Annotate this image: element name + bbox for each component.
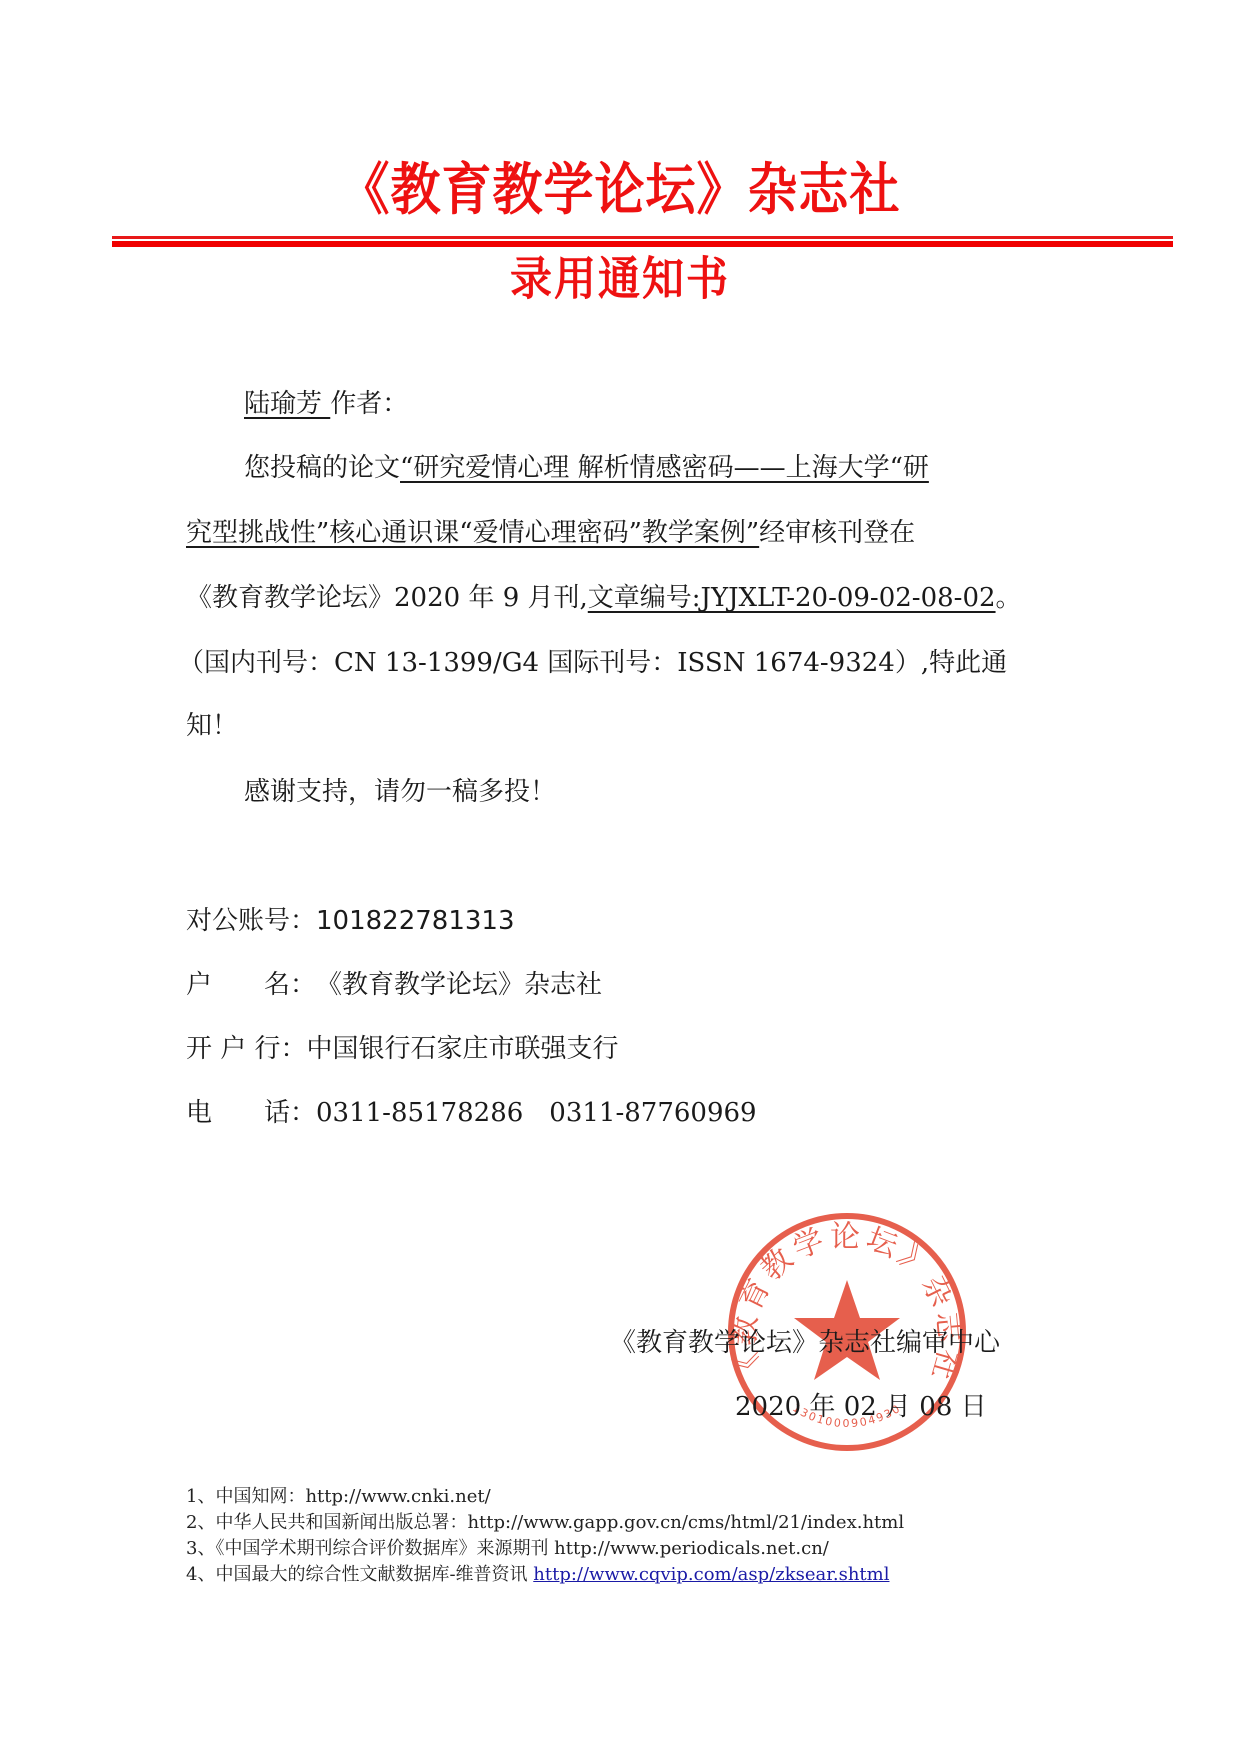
para1-line2: 究型挑战性”核心通识课“爱情心理密码”教学案例”经审核刊登在	[186, 515, 915, 551]
cqvip-link[interactable]: http://www.cqvip.com/asp/zksear.shtml	[533, 1564, 889, 1585]
name-value: 《教育教学论坛》杂志社	[316, 970, 602, 1000]
paper-title: “研究爱情心理 解析情感密码——上海大学“研	[400, 453, 929, 483]
journal-numbers: （国内刊号：CN 13-1399/G4 国际刊号：ISSN 1674-9324）…	[178, 645, 1007, 681]
account-value: 101822781313	[316, 906, 515, 936]
header-rule-thin	[112, 236, 1173, 239]
header-rule-thick	[112, 241, 1173, 247]
phone-row: 电 话：0311-85178286 0311-87760969	[186, 1095, 757, 1131]
para1-text: 。	[996, 583, 1022, 613]
bank-label: 开 户 行：	[186, 1031, 307, 1067]
article-number: 文章编号:JYJXLT-20-09-02-08-02	[588, 583, 996, 613]
phone-label: 电 话：	[186, 1095, 316, 1131]
notice-title: 录用通知书	[0, 252, 1240, 307]
footnote-label: 2、中华人民共和国新闻出版总署：	[186, 1512, 467, 1533]
account-number-row: 对公账号：101822781313	[186, 903, 515, 939]
issue-info: 《教育教学论坛》2020 年 9 月刊,	[186, 583, 588, 613]
phone-value: 0311-85178286 0311-87760969	[316, 1098, 757, 1128]
para1-line3: 《教育教学论坛》2020 年 9 月刊,文章编号:JYJXLT-20-09-02…	[186, 580, 1022, 616]
footnote-url: http://www.cnki.net/	[305, 1486, 490, 1507]
para1-text: 您投稿的论文	[244, 453, 400, 483]
paper-title-cont: 究型挑战性”核心通识课“爱情心理密码”教学案例”	[186, 518, 759, 548]
bank-value: 中国银行石家庄市联强支行	[307, 1034, 619, 1064]
recipient-suffix: 作者：	[330, 389, 408, 419]
account-name-row: 户 名：《教育教学论坛》杂志社	[186, 967, 602, 1003]
footnote-label: 1、中国知网：	[186, 1486, 305, 1507]
footnote-url: http://www.periodicals.net.cn/	[554, 1538, 829, 1559]
account-label: 对公账号：	[186, 903, 316, 939]
footnote-label: 4、中国最大的综合性文献数据库-维普资讯	[186, 1564, 533, 1585]
footnote-1: 1、中国知网：http://www.cnki.net/	[186, 1485, 491, 1509]
name-label: 户 名：	[186, 967, 316, 1003]
para1-line1: 您投稿的论文“研究爱情心理 解析情感密码——上海大学“研	[244, 450, 929, 486]
thanks-line: 感谢支持，请勿一稿多投！	[244, 774, 556, 810]
footnote-4: 4、中国最大的综合性文献数据库-维普资讯 http://www.cqvip.co…	[186, 1563, 889, 1587]
footnote-label: 3、《中国学术期刊综合评价数据库》来源期刊	[186, 1538, 554, 1559]
masthead-title: 《教育教学论坛》杂志社	[0, 156, 1240, 223]
para1-line5: 知！	[186, 708, 238, 744]
footnote-3: 3、《中国学术期刊综合评价数据库》来源期刊 http://www.periodi…	[186, 1537, 829, 1561]
para1-text: 经审核刊登在	[759, 518, 915, 548]
recipient-name: 陆瑜芳	[244, 389, 330, 419]
footnote-url: http://www.gapp.gov.cn/cms/html/21/index…	[467, 1512, 904, 1533]
signing-org: 《教育教学论坛》杂志社编审中心	[610, 1325, 1000, 1361]
bank-row: 开 户 行：中国银行石家庄市联强支行	[186, 1031, 619, 1067]
footnote-2: 2、中华人民共和国新闻出版总署：http://www.gapp.gov.cn/c…	[186, 1511, 904, 1535]
salutation: 陆瑜芳 作者：	[244, 386, 408, 422]
signing-date: 2020 年 02 月 08 日	[735, 1389, 987, 1425]
